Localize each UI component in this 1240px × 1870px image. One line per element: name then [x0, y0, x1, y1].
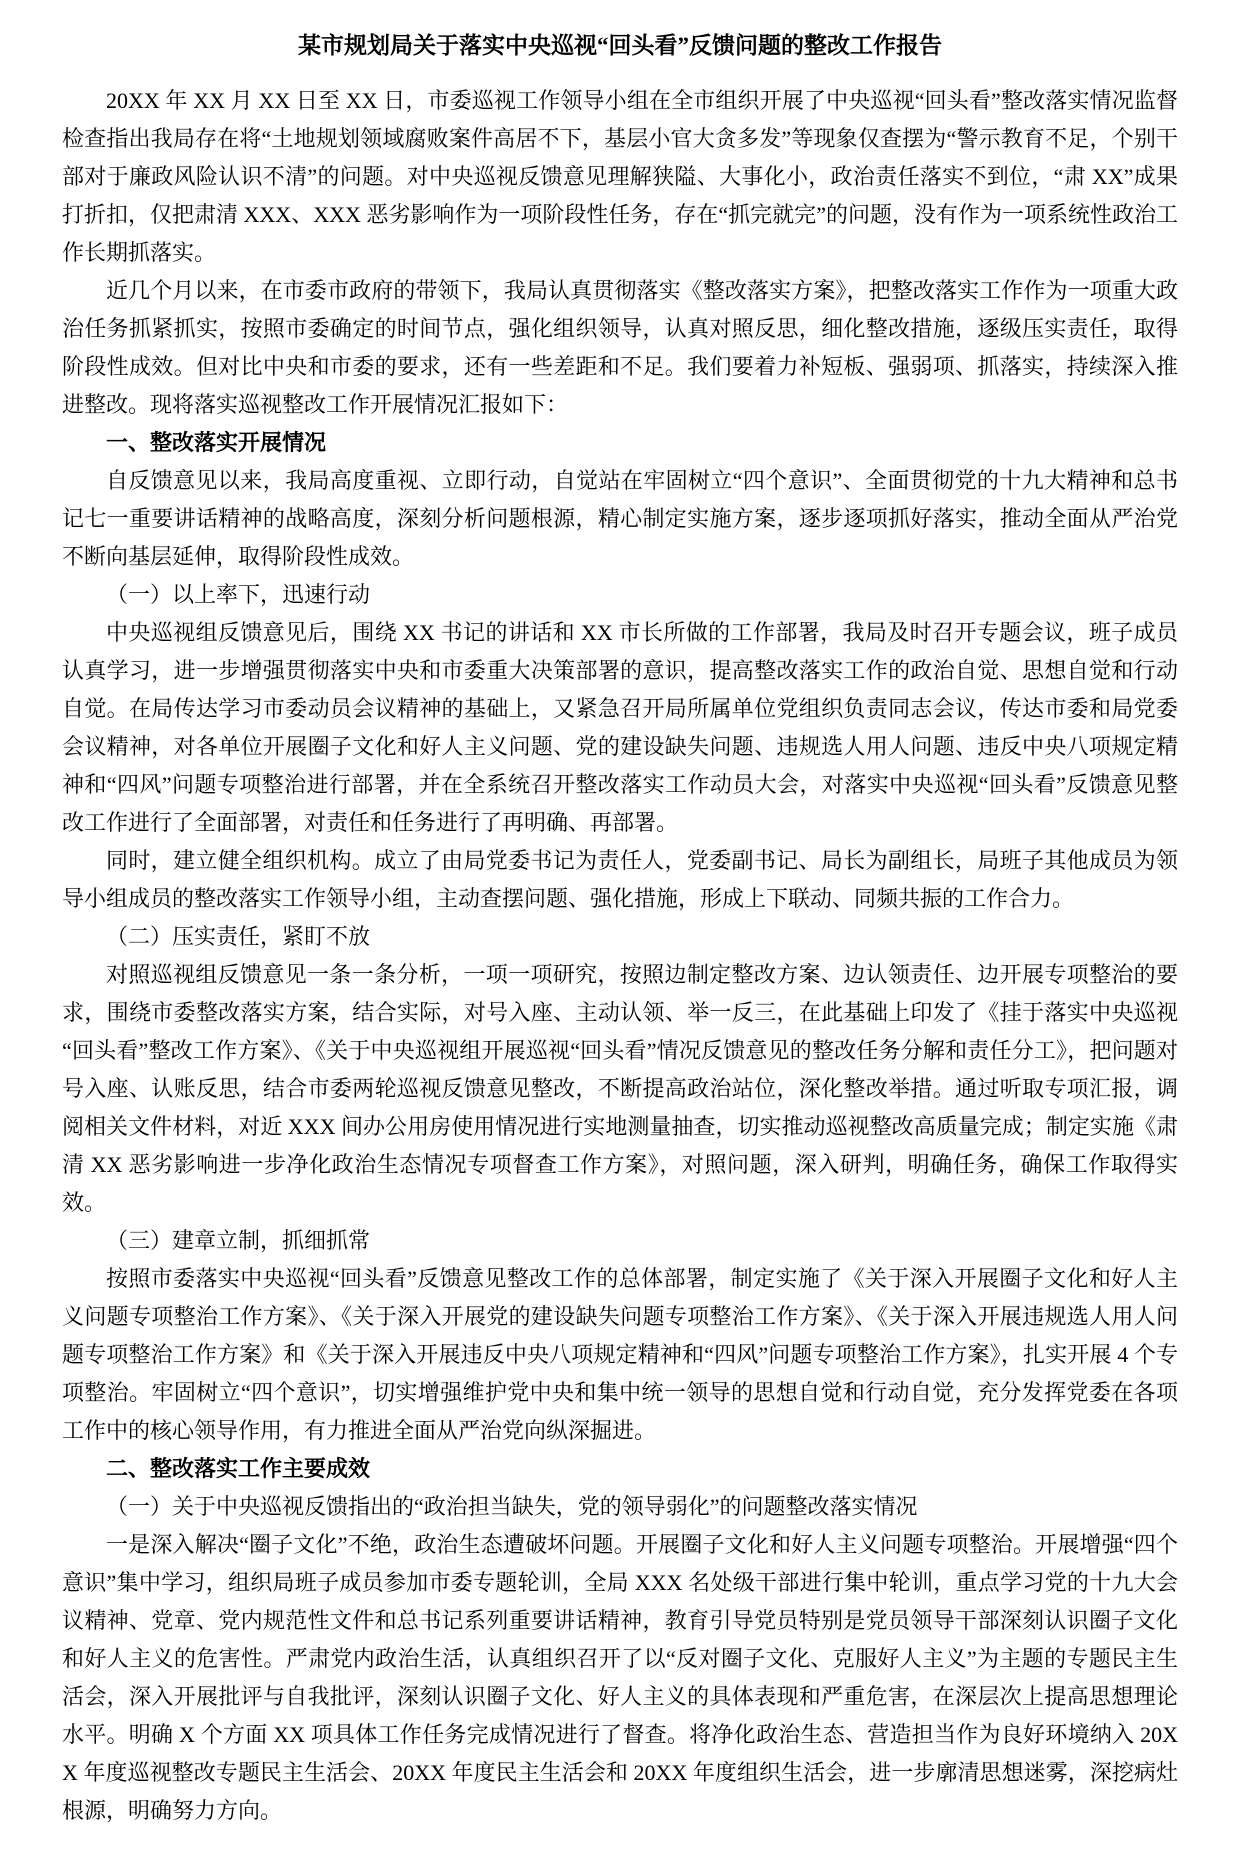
document-page: 某市规划局关于落实中央巡视“回头看”反馈问题的整改工作报告 20XX 年 XX …: [0, 0, 1240, 1870]
paragraph: 按照市委落实中央巡视“回头看”反馈意见整改工作的总体部署，制定实施了《关于深入开…: [62, 1260, 1178, 1450]
section-heading: 二、整改落实工作主要成效: [62, 1450, 1178, 1488]
paragraph: 20XX 年 XX 月 XX 日至 XX 日，市委巡视工作领导小组在全市组织开展…: [62, 82, 1178, 272]
document-body: 20XX 年 XX 月 XX 日至 XX 日，市委巡视工作领导小组在全市组织开展…: [62, 82, 1178, 1830]
paragraph: 近几个月以来，在市委市政府的带领下，我局认真贯彻落实《整改落实方案》，把整改落实…: [62, 272, 1178, 424]
paragraph: 中央巡视组反馈意见后，围绕 XX 书记的讲话和 XX 市长所做的工作部署，我局及…: [62, 614, 1178, 842]
sub-heading: （一）关于中央巡视反馈指出的“政治担当缺失，党的领导弱化”的问题整改落实情况: [62, 1488, 1178, 1526]
paragraph: 一是深入解决“圈子文化”不绝，政治生态遭破坏问题。开展圈子文化和好人主义问题专项…: [62, 1526, 1178, 1830]
sub-heading: （一）以上率下，迅速行动: [62, 576, 1178, 614]
paragraph: 对照巡视组反馈意见一条一条分析，一项一项研究，按照边制定整改方案、边认领责任、边…: [62, 956, 1178, 1222]
section-heading: 一、整改落实开展情况: [62, 424, 1178, 462]
paragraph: 自反馈意见以来，我局高度重视、立即行动，自觉站在牢固树立“四个意识”、全面贯彻党…: [62, 462, 1178, 576]
document-title: 某市规划局关于落实中央巡视“回头看”反馈问题的整改工作报告: [62, 26, 1178, 66]
sub-heading: （三）建章立制，抓细抓常: [62, 1222, 1178, 1260]
sub-heading: （二）压实责任，紧盯不放: [62, 918, 1178, 956]
paragraph: 同时，建立健全组织机构。成立了由局党委书记为责任人，党委副书记、局长为副组长，局…: [62, 842, 1178, 918]
